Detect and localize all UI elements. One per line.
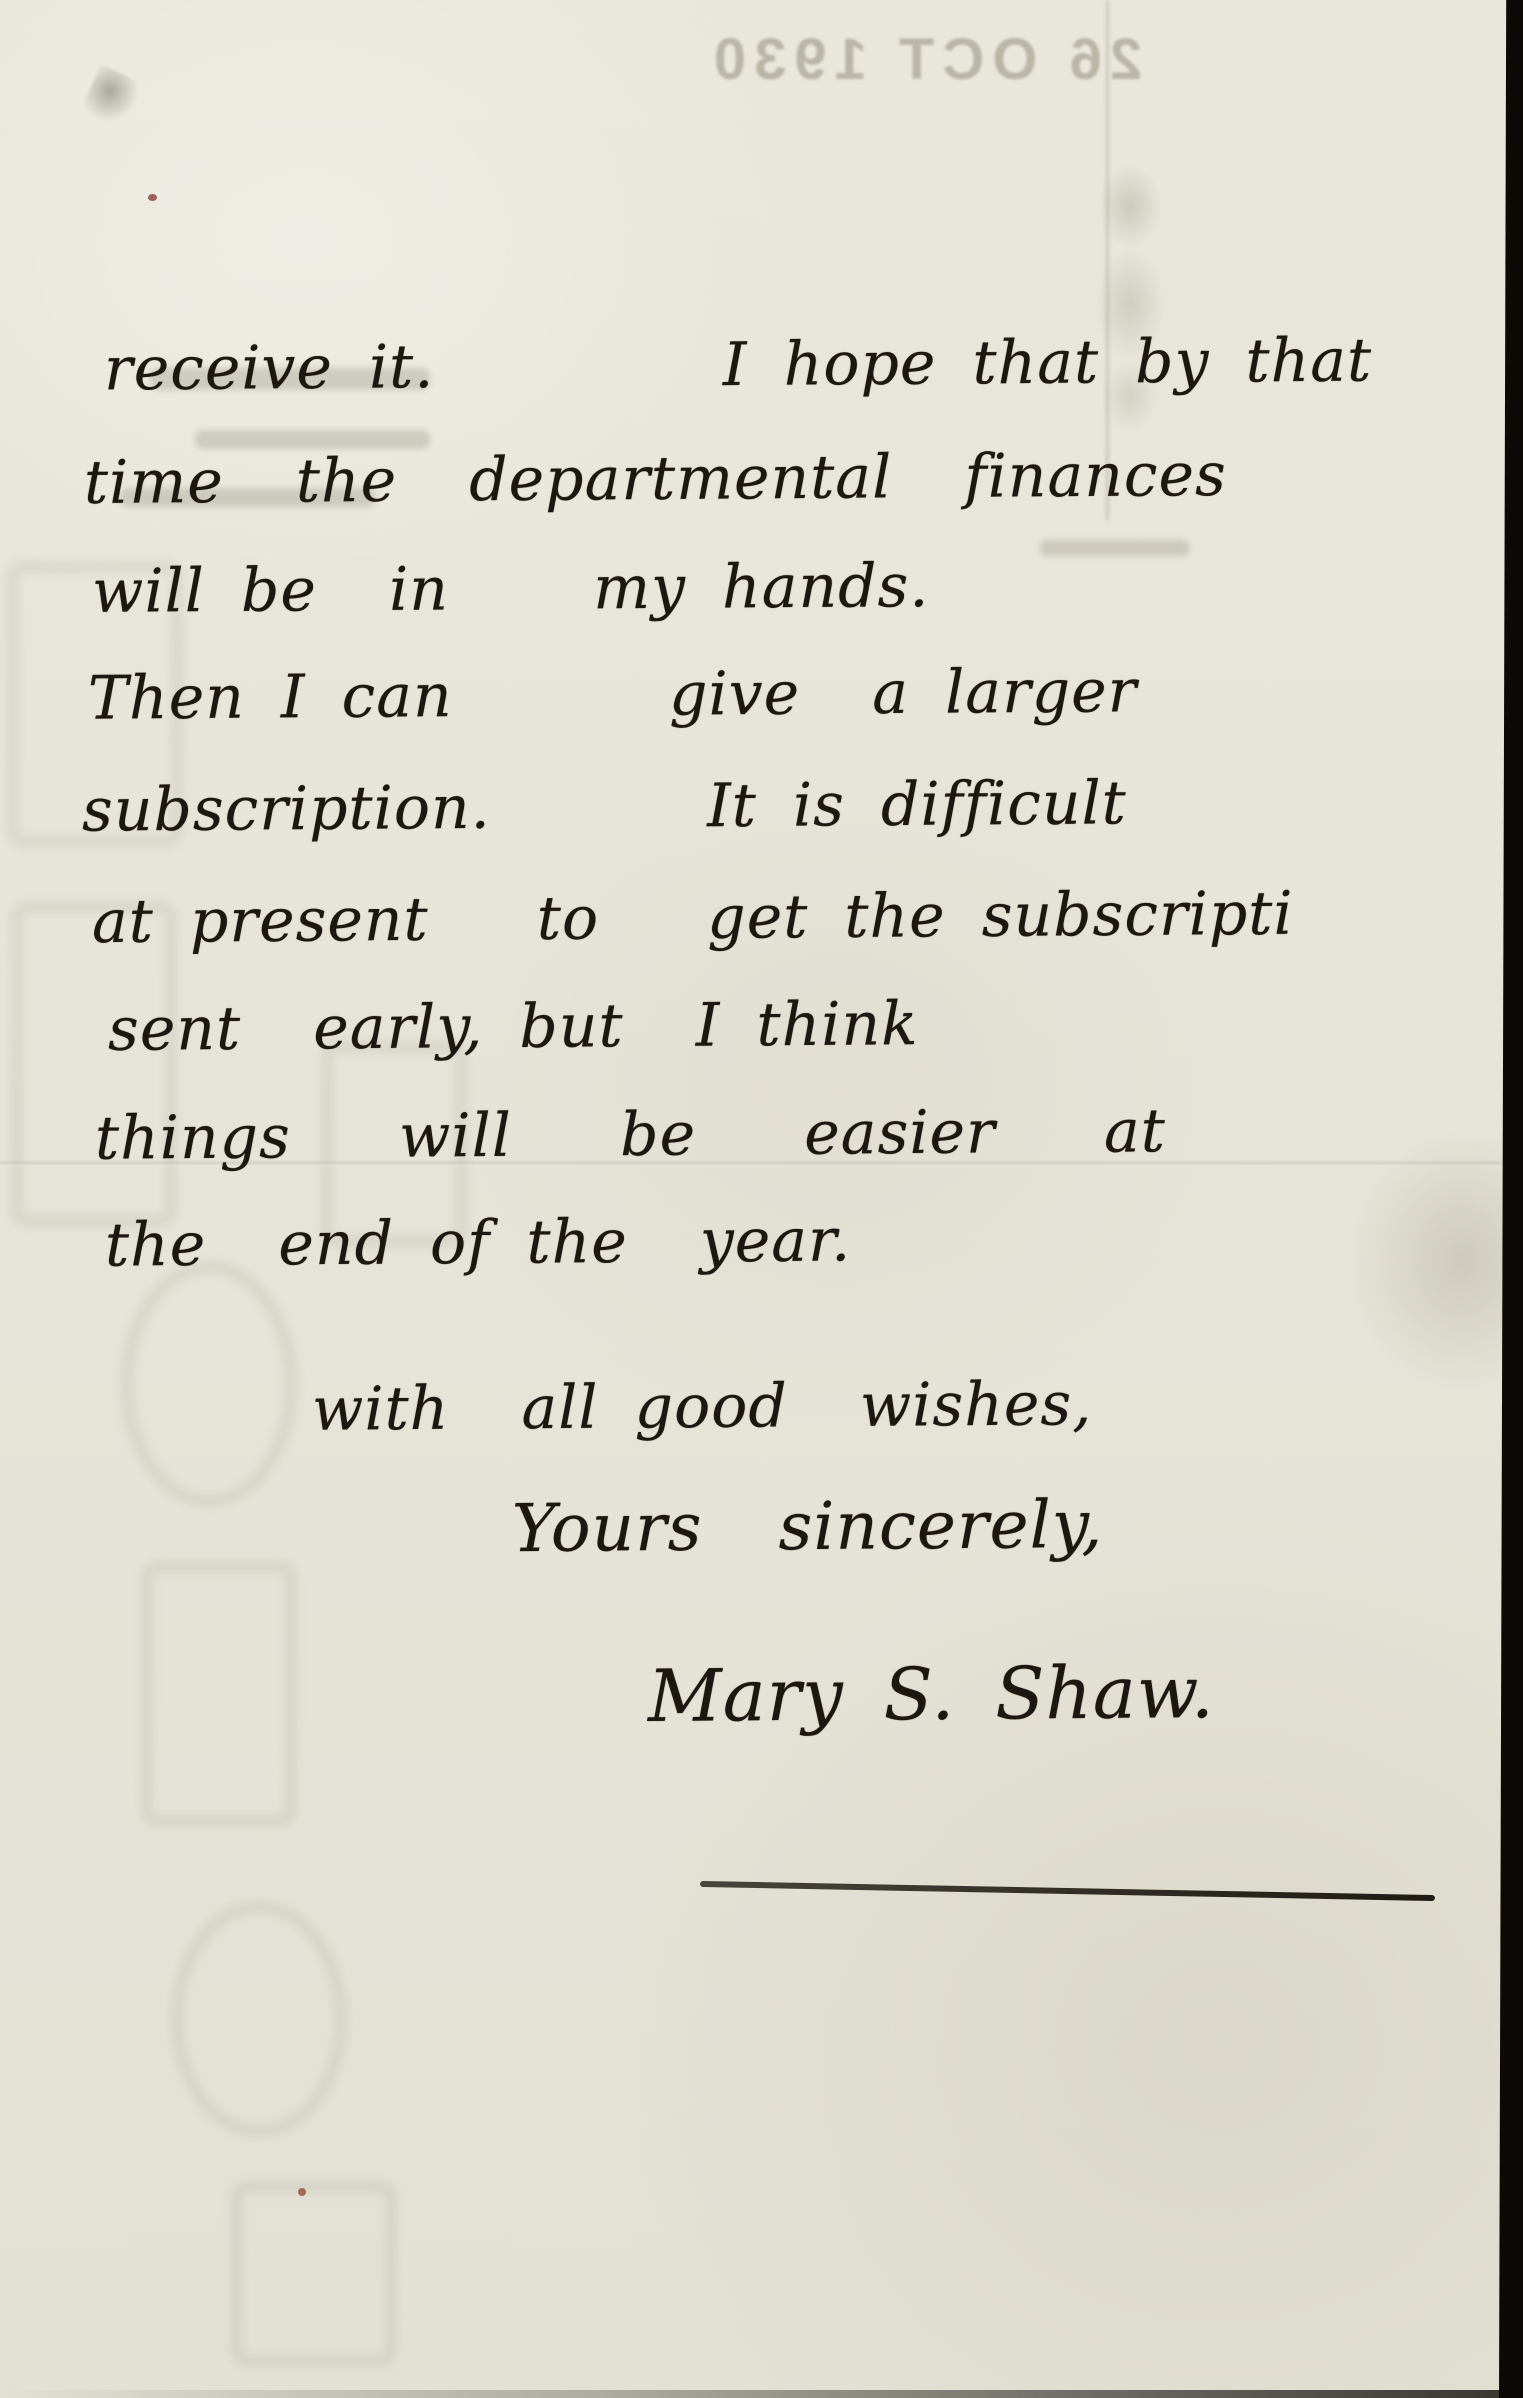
red-speck — [148, 194, 157, 201]
handwritten-line: will be in my hands. — [92, 551, 930, 627]
red-speck — [298, 2188, 306, 2196]
closing-line: with all good wishes, — [312, 1369, 1093, 1444]
date-stamp-bleedthrough: 26 OCT 1930 — [742, 26, 1142, 93]
scan-edge-bottom — [0, 2390, 1523, 2398]
paper-shading — [1350, 1130, 1510, 1390]
signature-underline — [700, 1881, 1435, 1901]
letterhead-bleedthrough-ghost — [1040, 540, 1190, 556]
signature: Mary S. Shaw. — [648, 1650, 1215, 1738]
handwritten-line: things will be easier at — [95, 1096, 1166, 1173]
showthrough-lettering-ghost — [120, 1260, 298, 1508]
handwritten-line: subscription. It is difficult — [82, 768, 1127, 845]
showthrough-lettering-ghost — [140, 1560, 298, 1828]
handwritten-line: Then I can give a larger — [88, 656, 1138, 733]
signoff-line: Yours sincerely, — [512, 1486, 1104, 1567]
letter-page: 26 OCT 1930 receive it. I hope that by t… — [0, 0, 1523, 2398]
handwritten-line: sent early, but I think — [108, 989, 919, 1065]
showthrough-lettering-ghost — [170, 1900, 348, 2138]
handwritten-line: at present to get the subscripti — [92, 877, 1523, 957]
handwritten-line: time the departmental finances — [84, 440, 1227, 518]
handwritten-line: the end of the year. — [105, 1205, 852, 1280]
ink-smudge — [79, 64, 144, 131]
handwritten-line: receive it. I hope that by that — [104, 326, 1373, 405]
showthrough-lettering-ghost — [230, 2180, 398, 2368]
